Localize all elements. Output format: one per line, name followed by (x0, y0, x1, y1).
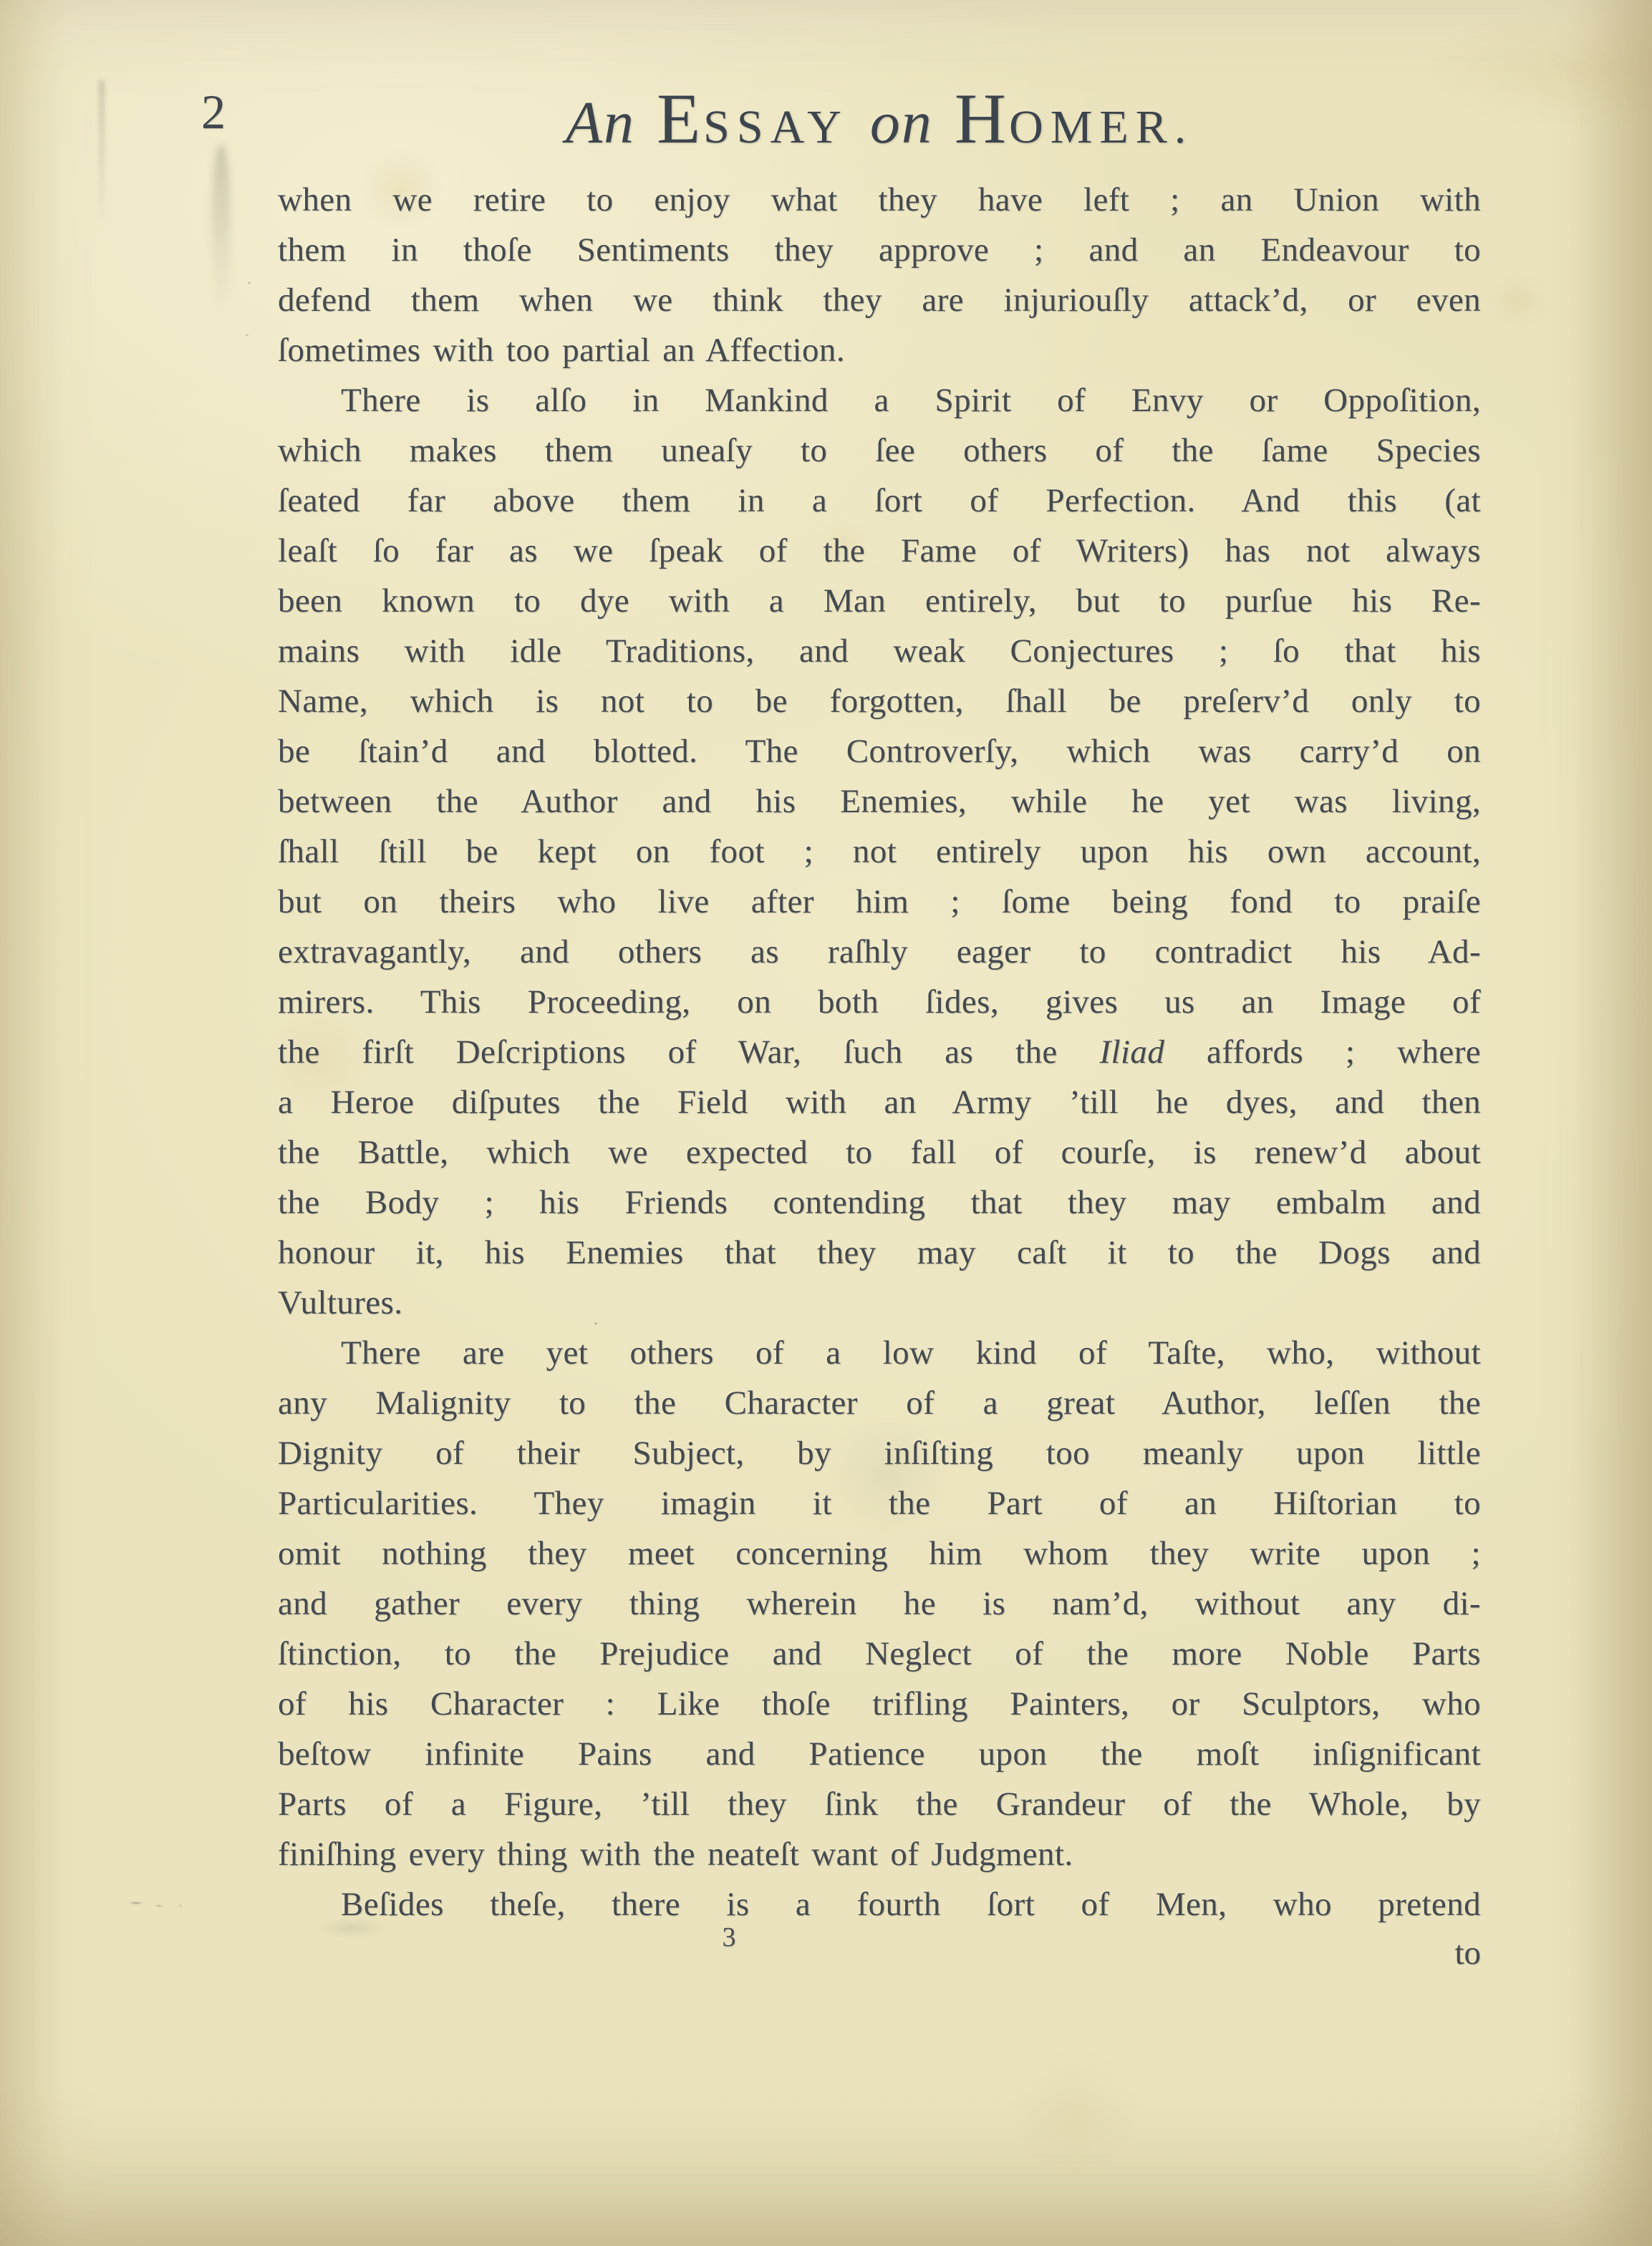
ink-streak-left (99, 80, 105, 231)
text-line: honour it, his Enemies that they may caſ… (278, 1228, 1481, 1278)
text-block: when we retire to enjoy what they have l… (278, 175, 1481, 1929)
title-essay-initial: E (657, 79, 703, 158)
ink-streak (212, 145, 231, 317)
title-essay-smallcaps: SSAY (703, 101, 849, 153)
text-line: ſeated far above them in a ſort of Perfe… (278, 476, 1481, 526)
text-line: mirers. This Proceeding, on both ſides, … (278, 977, 1481, 1027)
text-line: finiſhing every thing with the neateſt w… (278, 1829, 1481, 1879)
text-line: Beſides theſe, there is a fourth ſort of… (278, 1879, 1481, 1929)
text-line: the Body ; his Friends contending that t… (278, 1177, 1481, 1228)
text-line: omit nothing they meet concerning him wh… (278, 1528, 1481, 1579)
text-line: Dignity of their Subject, by inſiſting t… (278, 1428, 1481, 1478)
text-line: mains with idle Traditions, and weak Con… (278, 626, 1481, 676)
page-number: 2 (201, 87, 226, 136)
text-line: of his Character : Like thoſe trifling P… (278, 1679, 1481, 1729)
text-line: ſhall ſtill be kept on foot ; not entire… (278, 826, 1481, 877)
text-line: There are yet others of a low kind of Ta… (278, 1328, 1481, 1378)
text-line: Parts of a Figure, ’till they ſink the G… (278, 1779, 1481, 1829)
text-line: extravagantly, and others as raſhly eage… (278, 927, 1481, 977)
text-line: Vultures. (278, 1278, 1481, 1328)
text-line: be ſtain’d and blotted. The Controverſy,… (278, 726, 1481, 776)
title-word-on: on (870, 90, 933, 156)
text-line: ſtinction, to the Prejudice and Neglect … (278, 1629, 1481, 1679)
text-line: which makes them uneaſy to ſee others of… (278, 425, 1481, 476)
title-word-an: An (566, 90, 635, 156)
title-homer-initial: H (955, 79, 1009, 158)
text-line: any Malignity to the Character of a grea… (278, 1378, 1481, 1428)
text-line: a Heroe diſputes the Field with an Army … (278, 1077, 1481, 1127)
book-page: 2 AnESSAYonHOMER. when we retire to enjo… (0, 0, 1652, 2246)
running-title: AnESSAYonHOMER. (278, 77, 1481, 160)
text-line: between the Author and his Enemies, whil… (278, 776, 1481, 826)
text-line: been known to dye with a Man entirely, b… (278, 576, 1481, 626)
catchword: to (278, 1937, 1481, 1970)
text-line: when we retire to enjoy what they have l… (278, 175, 1481, 225)
text-line: leaſt ſo far as we ſpeak of the Fame of … (278, 526, 1481, 576)
text-line: defend them when we think they are injur… (278, 275, 1481, 325)
text-line: beſtow infinite Pains and Patience upon … (278, 1729, 1481, 1779)
title-homer-smallcaps: OMER. (1009, 101, 1193, 153)
text-line: the firſt Deſcriptions of War, ſuch as t… (278, 1027, 1481, 1077)
text-line: and gather every thing wherein he is nam… (278, 1579, 1481, 1629)
text-line: ſometimes with too partial an Affection. (278, 325, 1481, 375)
text-line: Particularities. They imagin it the Part… (278, 1478, 1481, 1528)
text-line: the Battle, which we expected to fall of… (278, 1127, 1481, 1177)
text-line: There is alſo in Mankind a Spirit of Env… (278, 375, 1481, 425)
text-line: them in thoſe Sentiments they approve ; … (278, 225, 1481, 275)
text-line: but on theirs who live after him ; ſome … (278, 877, 1481, 927)
text-line: Name, which is not to be forgotten, ſhal… (278, 676, 1481, 726)
